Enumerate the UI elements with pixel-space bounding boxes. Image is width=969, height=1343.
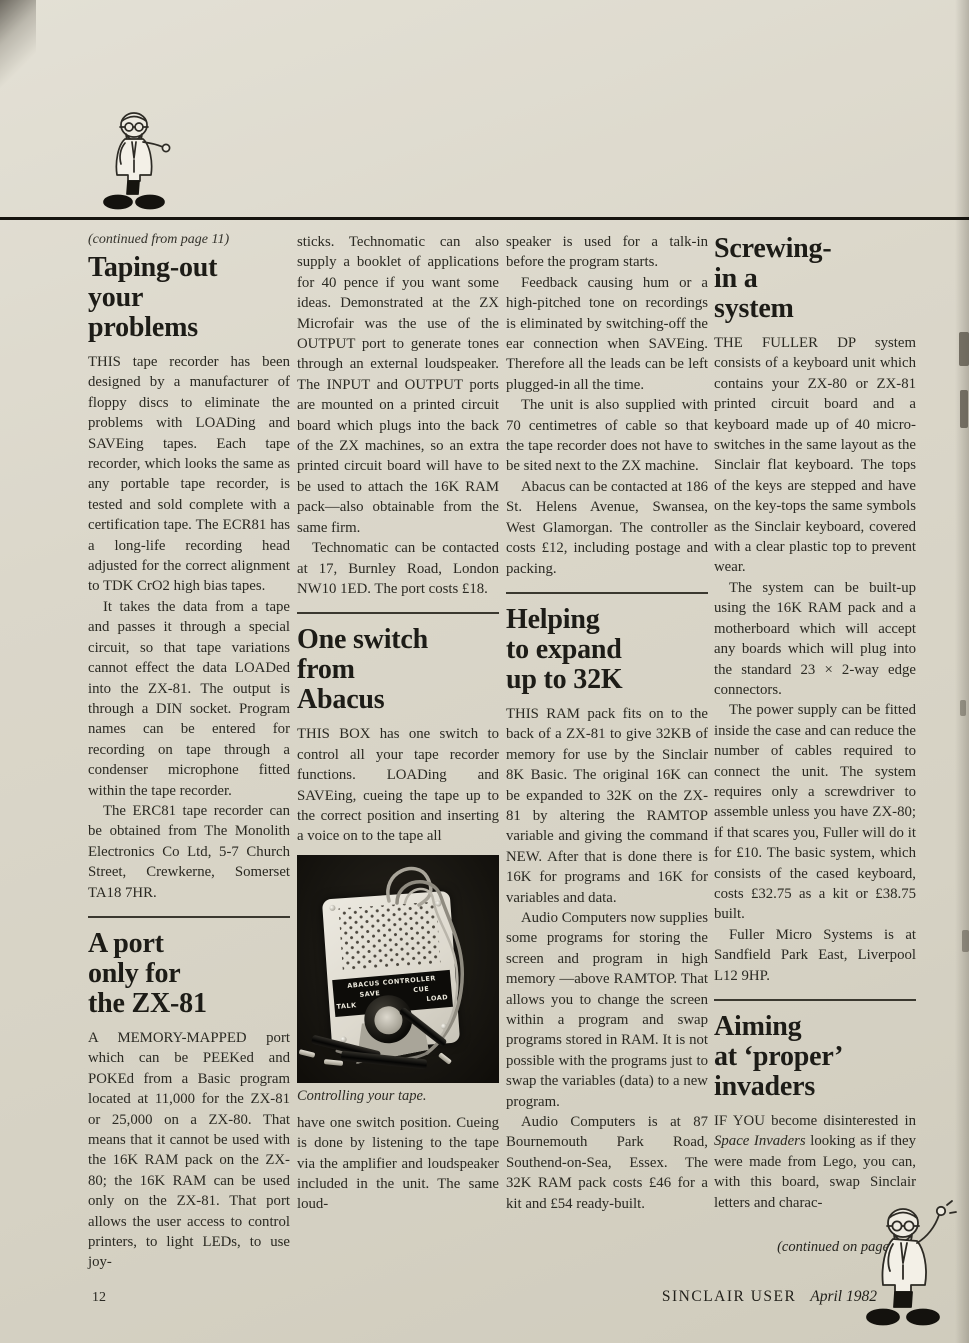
article-title-aiming-invaders: Aiming at ‘proper’ invaders [714, 1012, 916, 1102]
scan-artifact [959, 332, 969, 366]
paragraph: THIS BOX has one switch to control all y… [297, 724, 499, 846]
paragraph: THIS tape recorder has been designed by … [88, 352, 290, 597]
scan-artifact [962, 930, 969, 952]
article-title-helping-expand: Helping to expand up to 32K [506, 605, 708, 695]
section-divider [88, 916, 290, 918]
paragraph: Audio Computers now supplies some progra… [506, 908, 708, 1112]
paragraph: A MEMORY-MAPPED port which can be PEEKed… [88, 1028, 290, 1273]
photo-caption: Controlling your tape. [297, 1088, 499, 1105]
column-4: Screwing- in a system THE FULLER DP syst… [714, 232, 916, 1271]
page-number: 12 [92, 1290, 106, 1306]
column-3: speaker is used for a talk-in before the… [506, 232, 708, 1214]
scan-artifact [960, 700, 966, 716]
paragraph: Audio Computers is at 87 Bournemouth Par… [506, 1112, 708, 1214]
magazine-page: (continued from page 11) Taping-out your… [0, 0, 969, 1343]
paragraph: The ERC81 tape recorder can be obtained … [88, 801, 290, 903]
paragraph: THIS RAM pack fits on to the back of a Z… [506, 704, 708, 908]
paragraph: Fuller Micro Systems is at Sandfield Par… [714, 925, 916, 986]
paragraph-text: IF YOU become disinterested in [714, 1113, 916, 1129]
column-1: (continued from page 11) Taping-out your… [88, 232, 290, 1273]
scan-artifact [960, 390, 968, 428]
article-title-screwing-in: Screwing- in a system [714, 234, 916, 324]
paragraph: THE FULLER DP system consists of a keybo… [714, 333, 916, 578]
paragraph: The unit is also supplied with 70 centim… [506, 395, 708, 477]
italic-title-text: Space Invaders [714, 1133, 806, 1149]
article-title-one-switch: One switch from Abacus [297, 625, 499, 715]
professor-cartoon-icon [92, 108, 184, 214]
article-title-taping-out: Taping-out your problems [88, 253, 290, 343]
paragraph: sticks. Technomatic can also supply a bo… [297, 232, 499, 538]
section-divider [714, 999, 916, 1001]
paragraph: speaker is used for a talk-in before the… [506, 232, 708, 273]
paragraph: have one switch position. Cueing is done… [297, 1113, 499, 1215]
header-rule [0, 217, 969, 220]
scan-artifact [0, 0, 36, 95]
paragraph: The system can be built-up using the 16K… [714, 578, 916, 700]
paragraph: Abacus can be contacted at 186 St. Helen… [506, 477, 708, 579]
cables [297, 855, 499, 1083]
article-title-a-port: A port only for the ZX-81 [88, 929, 290, 1019]
scan-artifact [955, 0, 969, 1343]
section-divider [506, 592, 708, 594]
paragraph: The power supply can be fitted inside th… [714, 700, 916, 924]
paragraph: Feedback causing hum or a high-pitched t… [506, 273, 708, 395]
paragraph: It takes the data from a tape and passes… [88, 597, 290, 801]
footer-masthead: SINCLAIR USER April 1982 [662, 1288, 877, 1306]
column-2: sticks. Technomatic can also supply a bo… [297, 232, 499, 1215]
magazine-name: SINCLAIR USER [662, 1288, 796, 1305]
professor-cartoon-icon [855, 1191, 963, 1341]
section-divider [297, 612, 499, 614]
continued-from-note: (continued from page 11) [88, 232, 290, 248]
abacus-controller-photo: ABACUS CONTROLLER SAVE CUE TALK LOAD [297, 855, 499, 1083]
paragraph: Technomatic can be contacted at 17, Burn… [297, 538, 499, 599]
